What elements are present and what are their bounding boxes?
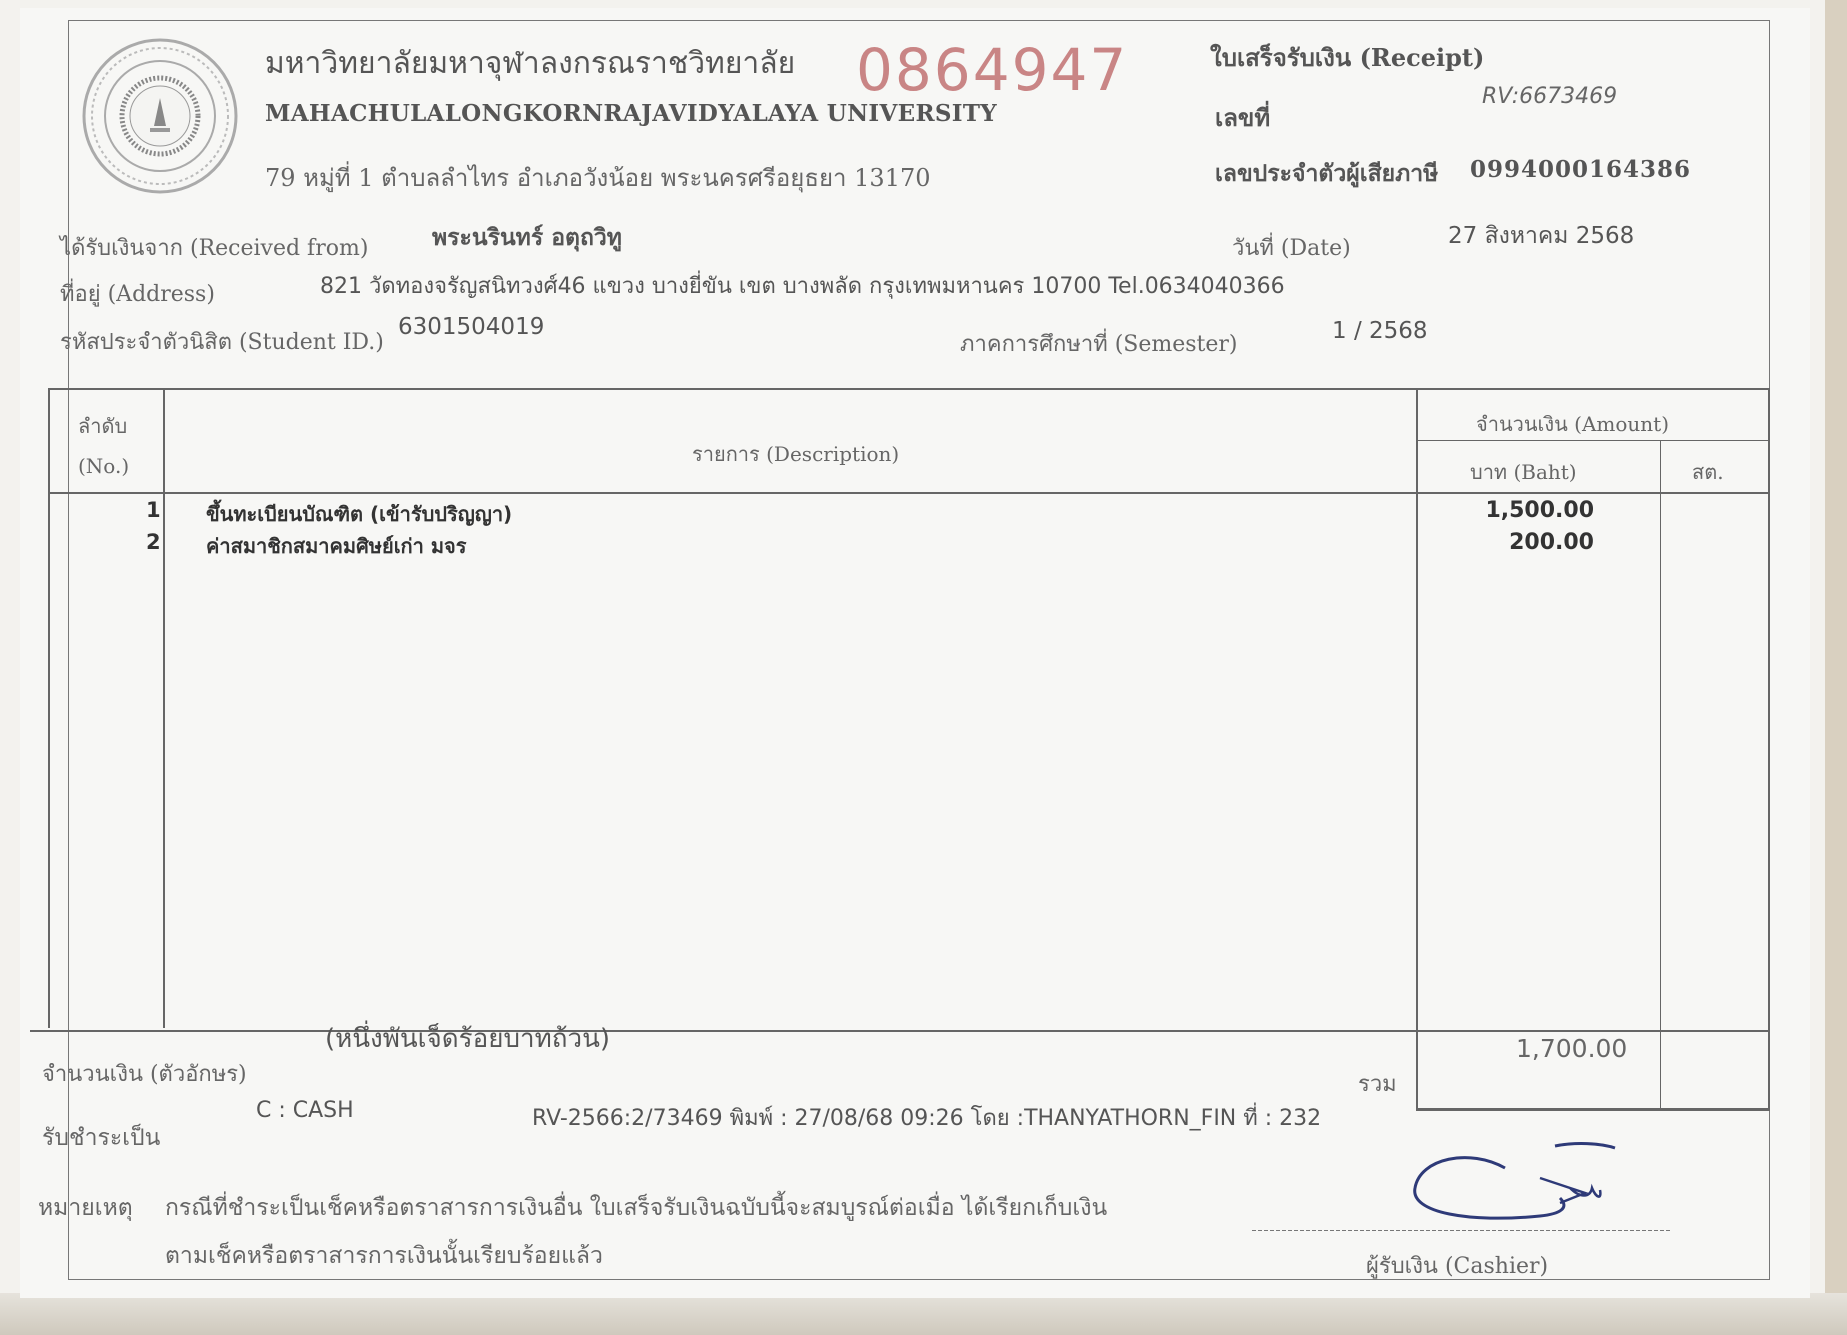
row-description: ขึ้นทะเบียนบัณฑิต (เข้ารับปริญญา) <box>206 498 512 530</box>
payment-method-label: รับชำระเป็น <box>42 1120 160 1156</box>
date-label: วันที่ (Date) <box>1232 230 1351 265</box>
column-header-amount: จำนวนเงิน (Amount) <box>1476 408 1669 440</box>
receipt-paper: มหาวิทยาลัยมหาจุฬาลงกรณราชวิทยาลัย MAHAC… <box>20 8 1810 1298</box>
table-left-border <box>48 388 50 1028</box>
amount-column-divider <box>1416 388 1418 1110</box>
row-description: ค่าสมาชิกสมาคมศิษย์เก่า มจร <box>206 530 466 562</box>
serial-number: 0864947 <box>856 36 1128 104</box>
address-label: ที่อยู่ (Address) <box>60 276 215 311</box>
receipt-frame <box>68 20 1770 1280</box>
total-double-underline <box>1416 1108 1770 1111</box>
table-right-border <box>1768 388 1770 1110</box>
total-amount: 1,700.00 <box>1516 1034 1627 1063</box>
received-from-value: พระนรินทร์ อตุถวิทู <box>432 220 622 256</box>
column-header-no-thai: ลำดับ <box>78 410 127 442</box>
table-header-bottom <box>48 492 1770 494</box>
column-header-no-english: (No.) <box>78 454 129 478</box>
student-id-value: 6301504019 <box>398 314 544 340</box>
receipt-number-value: RV:6673469 <box>1482 84 1617 109</box>
satang-column-divider <box>1660 440 1661 1110</box>
address-value: 821 วัดทองจรัญสนิทวงศ์46 แขวง บางยี่ขัน … <box>320 268 1285 303</box>
scanner-edge <box>1825 0 1847 1335</box>
received-from-label: ได้รับเงินจาก (Received from) <box>60 230 368 265</box>
remarks-label: หมายเหตุ <box>38 1190 133 1226</box>
tax-id-label: เลขประจำตัวผู้เสียภาษี <box>1215 156 1438 192</box>
amount-in-words-value: (หนึ่งพันเจ็ดร้อยบาทถ้วน) <box>325 1018 610 1059</box>
date-value: 27 สิงหาคม 2568 <box>1448 218 1634 254</box>
amount-subheader-line <box>1416 440 1770 441</box>
row-amount: 1,500.00 <box>1424 498 1594 523</box>
row-number: 2 <box>146 530 161 554</box>
row-amount: 200.00 <box>1424 530 1594 555</box>
column-header-description: รายการ (Description) <box>692 438 899 470</box>
print-info: RV-2566:2/73469 พิมพ์ : 27/08/68 09:26 โ… <box>532 1100 1321 1135</box>
receipt-number-label: เลขที่ <box>1215 98 1270 137</box>
no-column-divider <box>163 388 165 1028</box>
scanner-bottom-edge <box>0 1293 1847 1335</box>
signature-line <box>1252 1230 1672 1231</box>
column-header-satang: สต. <box>1692 456 1724 488</box>
column-header-baht: บาท (Baht) <box>1470 456 1577 488</box>
university-seal-icon <box>80 36 240 196</box>
tax-id-value: 0994000164386 <box>1470 156 1691 183</box>
total-label: รวม <box>1358 1066 1397 1101</box>
university-address: 79 หมู่ที่ 1 ตำบลลำไทร อำเภอวังน้อย พระน… <box>265 158 931 197</box>
remarks-line-2: ตามเช็คหรือตราสารการเงินนั้นเรียบร้อยแล้… <box>165 1238 603 1274</box>
payment-method-value: C : CASH <box>256 1098 354 1123</box>
semester-label: ภาคการศึกษาที่ (Semester) <box>960 326 1238 361</box>
university-name-thai: มหาวิทยาลัยมหาจุฬาลงกรณราชวิทยาลัย <box>265 40 795 87</box>
table-top-border <box>48 388 1770 390</box>
cashier-label: ผู้รับเงิน (Cashier) <box>1366 1248 1548 1283</box>
receipt-title: ใบเสร็จรับเงิน (Receipt) <box>1210 38 1484 77</box>
university-name-english: MAHACHULALONGKORNRAJAVIDYALAYA UNIVERSIT… <box>265 100 997 127</box>
amount-in-words-label: จำนวนเงิน (ตัวอักษร) <box>42 1056 247 1091</box>
row-number: 1 <box>146 498 161 522</box>
student-id-label: รหัสประจำตัวนิสิต (Student ID.) <box>60 324 384 359</box>
semester-value: 1 / 2568 <box>1332 318 1428 344</box>
table-bottom-border <box>30 1030 1770 1032</box>
remarks-line-1: กรณีที่ชำระเป็นเช็คหรือตราสารการเงินอื่น… <box>165 1190 1107 1226</box>
